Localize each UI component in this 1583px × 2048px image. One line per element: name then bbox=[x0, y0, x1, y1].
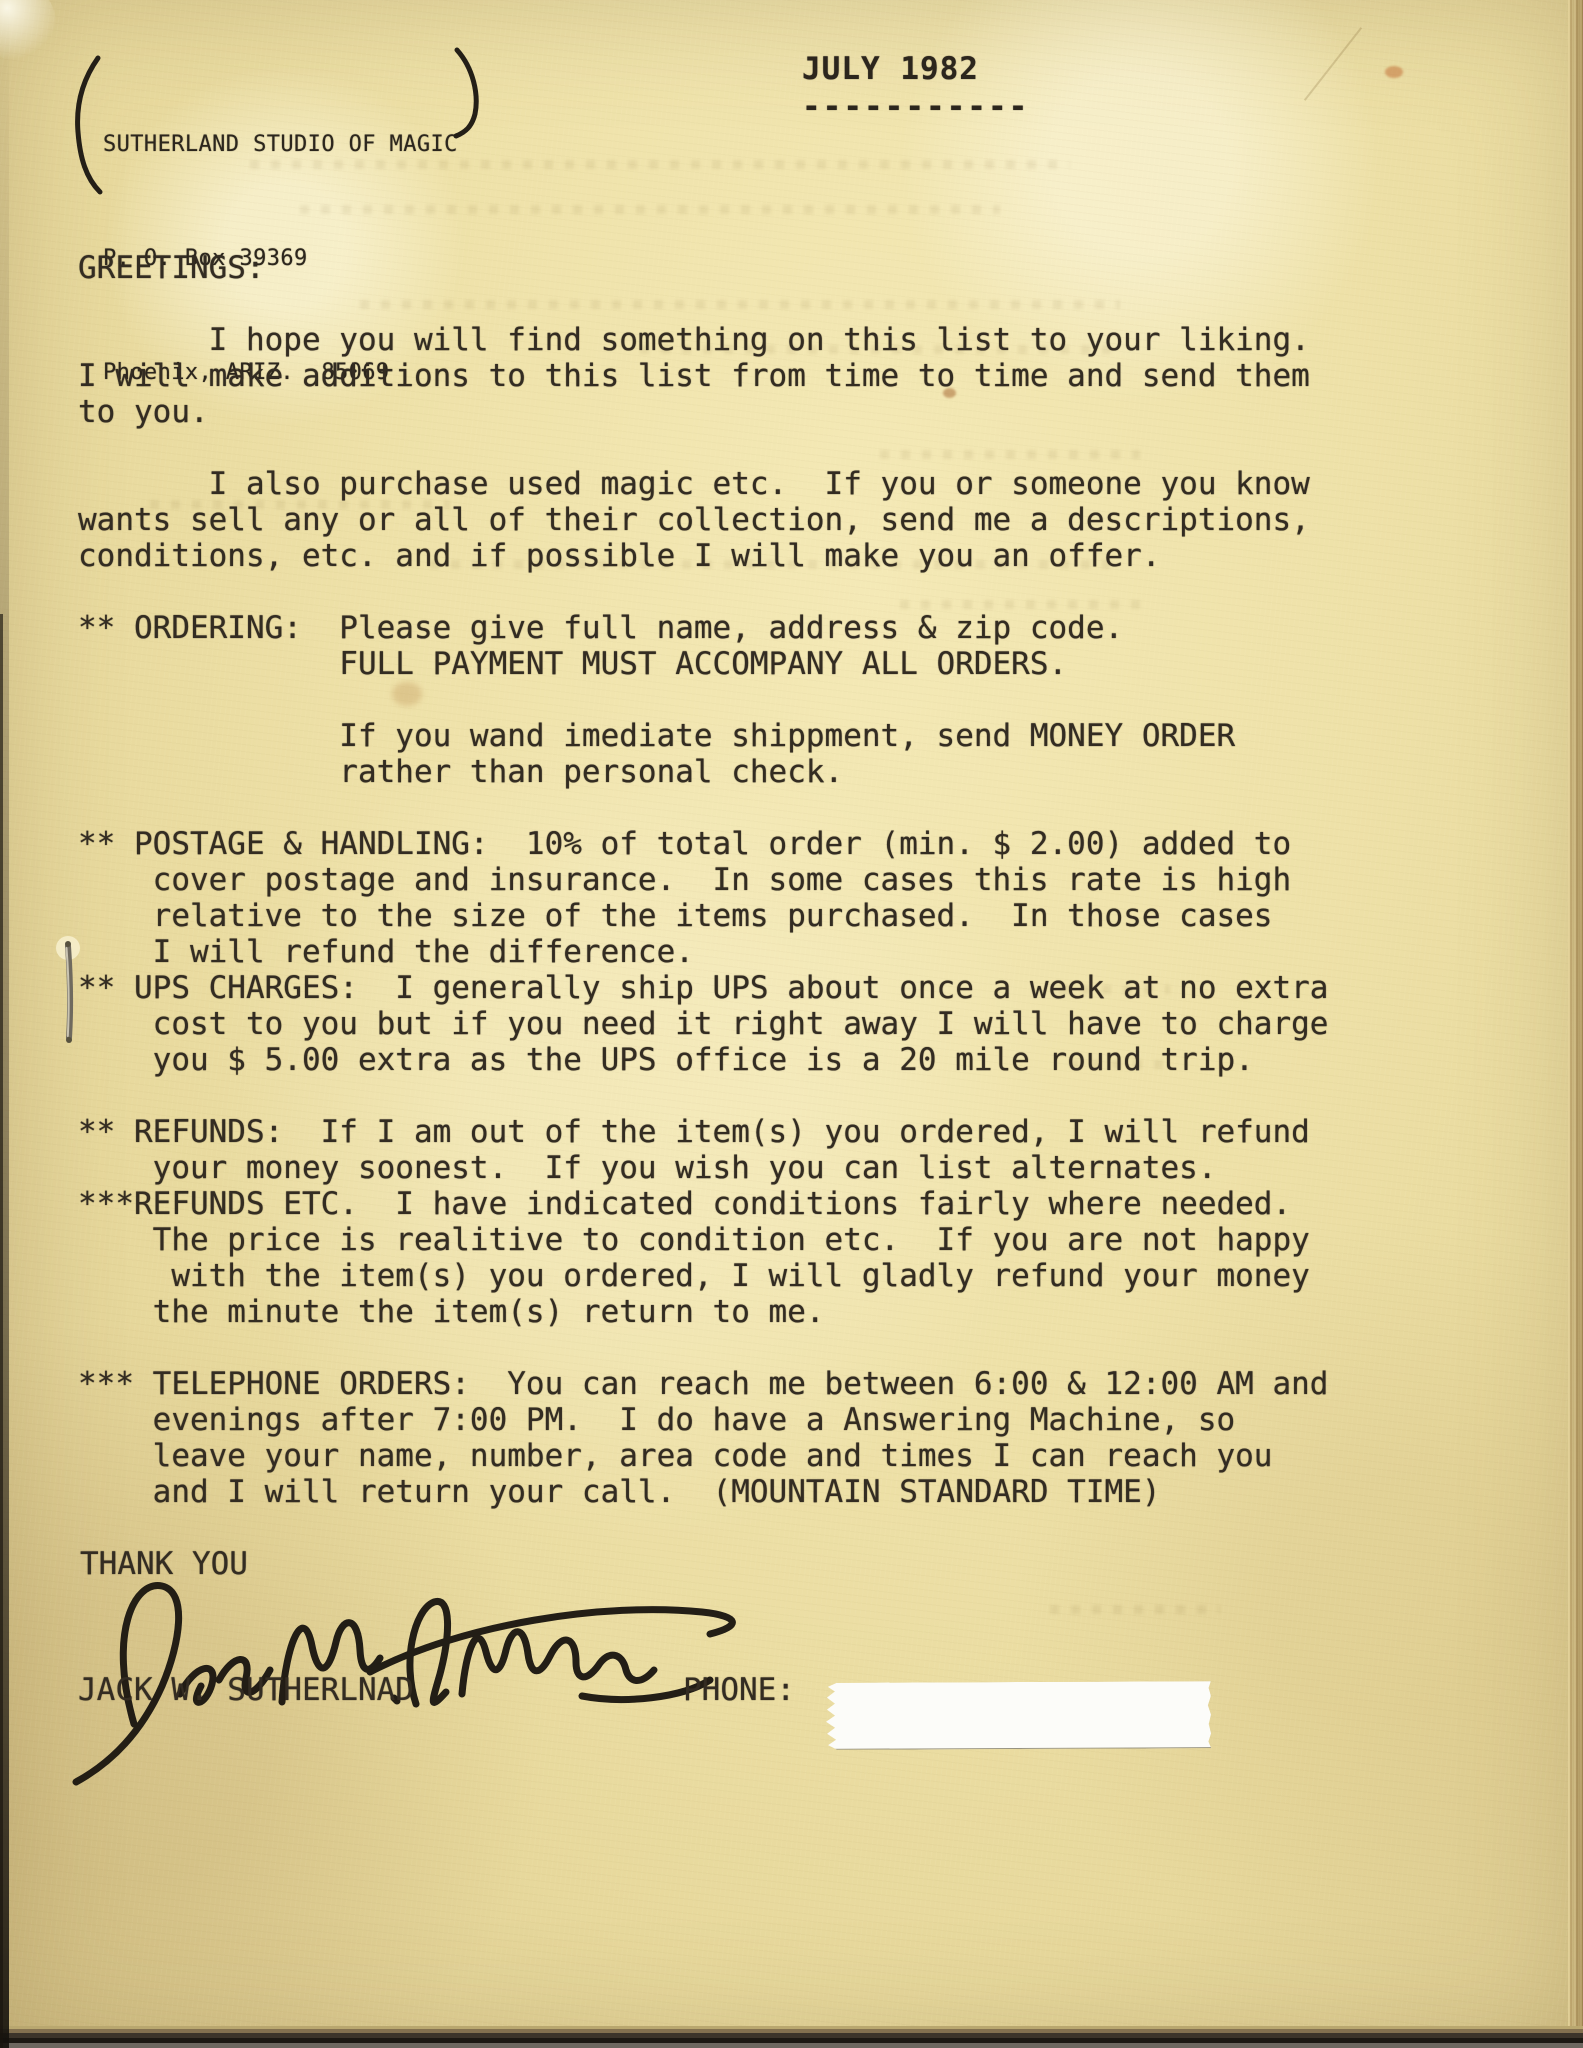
body-line: rather than personal check. bbox=[78, 754, 1378, 790]
letterhead-right-bracket bbox=[452, 46, 482, 140]
body-line bbox=[78, 574, 1378, 610]
body-line: with the item(s) you ordered, I will gla… bbox=[78, 1258, 1378, 1294]
body-line: the minute the item(s) return to me. bbox=[78, 1294, 1378, 1330]
thank-you-line: THANK YOU bbox=[80, 1546, 248, 1582]
body-line: I will make additions to this list from … bbox=[78, 358, 1378, 394]
crease-mark bbox=[1304, 27, 1362, 101]
page-left-edge bbox=[0, 0, 9, 2048]
body-line: I hope you will find something on this l… bbox=[78, 322, 1378, 358]
phone-label: PHONE: bbox=[683, 1672, 795, 1708]
body-line: If you wand imediate shippment, send MON… bbox=[78, 718, 1378, 754]
body-line: cost to you but if you need it right awa… bbox=[78, 1006, 1378, 1042]
body-line: I also purchase used magic etc. If you o… bbox=[78, 466, 1378, 502]
body-line bbox=[78, 1078, 1378, 1114]
letterhead-left-bracket bbox=[72, 54, 104, 196]
body-line: cover postage and insurance. In some cas… bbox=[78, 862, 1378, 898]
bleed-through-noise bbox=[1050, 1605, 1220, 1614]
body-line: leave your name, number, area code and t… bbox=[78, 1438, 1378, 1474]
body-line: FULL PAYMENT MUST ACCOMPANY ALL ORDERS. bbox=[78, 646, 1378, 682]
body-line bbox=[78, 790, 1378, 826]
letter-date: JULY 1982 bbox=[802, 52, 1029, 86]
body-line: *** TELEPHONE ORDERS: You can reach me b… bbox=[78, 1366, 1378, 1402]
body-line: to you. bbox=[78, 394, 1378, 430]
date-block: JULY 1982 ----------- bbox=[802, 52, 1029, 120]
body-line bbox=[78, 430, 1378, 466]
letterhead-studio-name: SUTHERLAND STUDIO OF MAGIC bbox=[103, 126, 458, 164]
body-line: and I will return your call. (MOUNTAIN S… bbox=[78, 1474, 1378, 1510]
corner-fold-highlight bbox=[0, 0, 56, 64]
stain-spot bbox=[1385, 66, 1403, 78]
body-line: ** ORDERING: Please give full name, addr… bbox=[78, 610, 1378, 646]
body-line: The price is realitive to condition etc.… bbox=[78, 1222, 1378, 1258]
body-line: ** POSTAGE & HANDLING: 10% of total orde… bbox=[78, 826, 1378, 862]
body-line bbox=[78, 1330, 1378, 1366]
body-line: evenings after 7:00 PM. I do have a Answ… bbox=[78, 1402, 1378, 1438]
letter-body: GREETINGS: I hope you will find somethin… bbox=[78, 250, 1378, 1510]
body-line: relative to the size of the items purcha… bbox=[78, 898, 1378, 934]
date-underline: ----------- bbox=[802, 94, 1029, 120]
page-bottom-edge bbox=[0, 2026, 1583, 2048]
body-line: wants sell any or all of their collectio… bbox=[78, 502, 1378, 538]
body-line: you $ 5.00 extra as the UPS office is a … bbox=[78, 1042, 1378, 1078]
scanned-letter-page: SUTHERLAND STUDIO OF MAGIC P. O. Box 393… bbox=[0, 0, 1583, 2048]
body-line: ** REFUNDS: If I am out of the item(s) y… bbox=[78, 1114, 1378, 1150]
typed-name: JACK W. SUTHERLNAD bbox=[78, 1672, 414, 1708]
body-line bbox=[78, 682, 1378, 718]
body-line: conditions, etc. and if possible I will … bbox=[78, 538, 1378, 574]
page-stack-edge bbox=[1568, 0, 1583, 2030]
body-line: ***REFUNDS ETC. I have indicated conditi… bbox=[78, 1186, 1378, 1222]
body-line: ** UPS CHARGES: I generally ship UPS abo… bbox=[78, 970, 1378, 1006]
body-line: I will refund the difference. bbox=[78, 934, 1378, 970]
phone-number-redaction bbox=[825, 1681, 1211, 1750]
body-line bbox=[78, 286, 1378, 322]
body-line: your money soonest. If you wish you can … bbox=[78, 1150, 1378, 1186]
body-line: GREETINGS: bbox=[78, 250, 1378, 286]
